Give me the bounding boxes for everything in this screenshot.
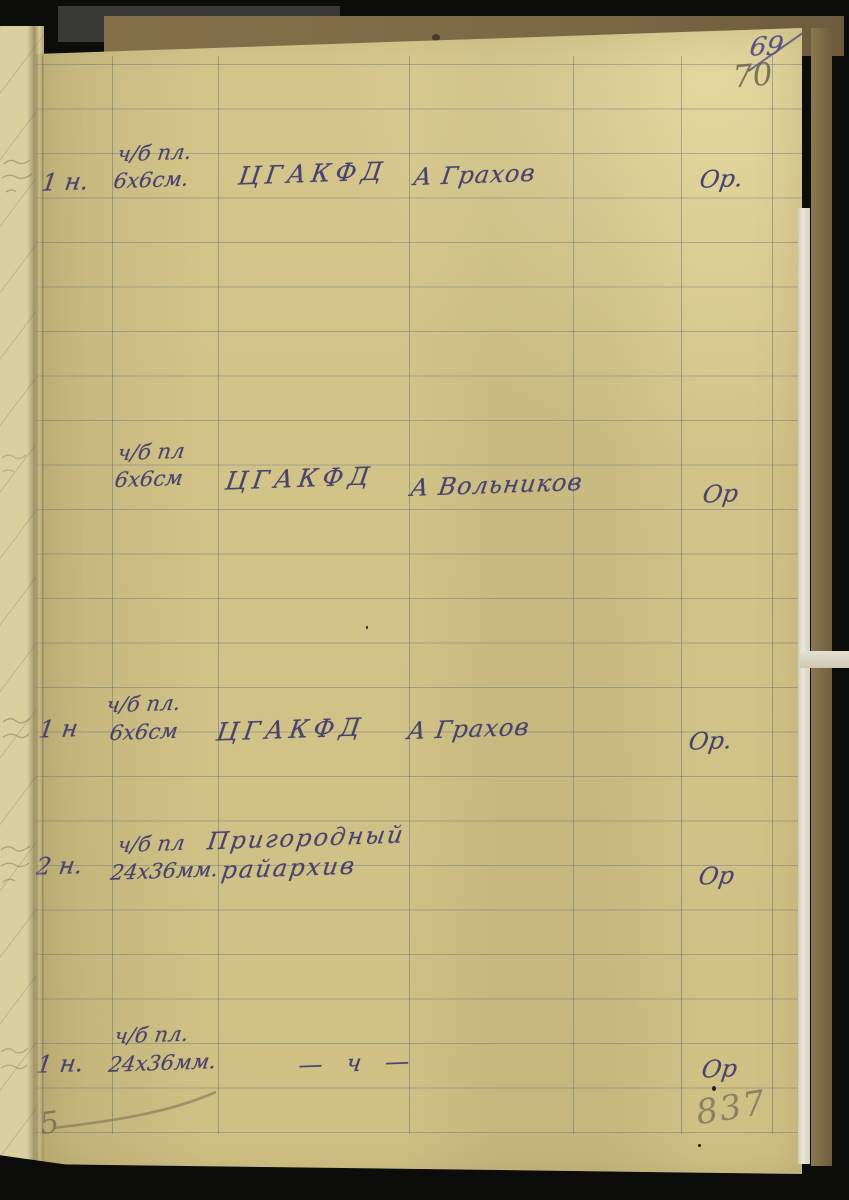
entry-format-line1: ч/б пл.	[116, 140, 193, 167]
column-line	[112, 56, 113, 1134]
scanned-ledger-photo: 1 н. ч/б пл. 6х6см. ЦГАКФД А Грахов Ор. …	[0, 0, 849, 1200]
ditto-mark: — ч —	[297, 1047, 420, 1079]
column-line	[573, 56, 574, 1134]
entry-format-line2: 24х36мм.	[107, 1049, 218, 1077]
order-note: Ор.	[687, 726, 734, 755]
archive-name-line2: райархив	[220, 852, 358, 885]
page-number: 70	[732, 56, 774, 95]
order-note: Ор.	[698, 164, 745, 193]
entry-format-line1: ч/б пл.	[113, 1022, 190, 1049]
illegible-marginalia	[0, 446, 28, 486]
entry-format-line2: 6х6см	[108, 719, 180, 745]
column-line	[681, 56, 682, 1134]
entry-format-line1: ч/б пл.	[105, 691, 182, 718]
archive-name: ЦГАКФД	[215, 712, 368, 746]
column-line	[772, 56, 773, 1134]
author-signature: А Грахов	[406, 713, 532, 745]
cover-stain	[432, 34, 440, 41]
order-note: Ор	[700, 1054, 739, 1083]
bookmark-tab	[800, 651, 849, 668]
illegible-marginalia	[0, 1040, 30, 1090]
entry-count: 1 н.	[40, 167, 91, 197]
order-note: Ор	[701, 479, 740, 508]
entry-format-line2: 24х36мм.	[109, 857, 220, 885]
entry-format-line1: ч/б пл	[116, 831, 186, 857]
archive-name: ЦГАКФД	[237, 156, 390, 190]
order-note: Ор	[697, 861, 736, 890]
entry-format-line2: 6х6см	[113, 466, 185, 492]
inserted-sheet-edge	[798, 208, 810, 1164]
pencil-stroke	[50, 1088, 220, 1132]
book-cover-right-strip	[811, 28, 832, 1166]
ruled-horizontal-lines	[36, 64, 802, 1134]
column-line	[218, 56, 219, 1134]
column-line	[409, 56, 410, 1134]
entry-format-line2: 6х6см.	[112, 167, 190, 194]
archive-name: ЦГАКФД	[224, 461, 377, 495]
ledger-page: 1 н. ч/б пл. 6х6см. ЦГАКФД А Грахов Ор. …	[36, 28, 802, 1178]
page-gutter-shadow	[27, 26, 44, 1178]
author-signature: А Грахов	[412, 159, 538, 191]
entry-format-line1: ч/б пл	[116, 439, 186, 465]
